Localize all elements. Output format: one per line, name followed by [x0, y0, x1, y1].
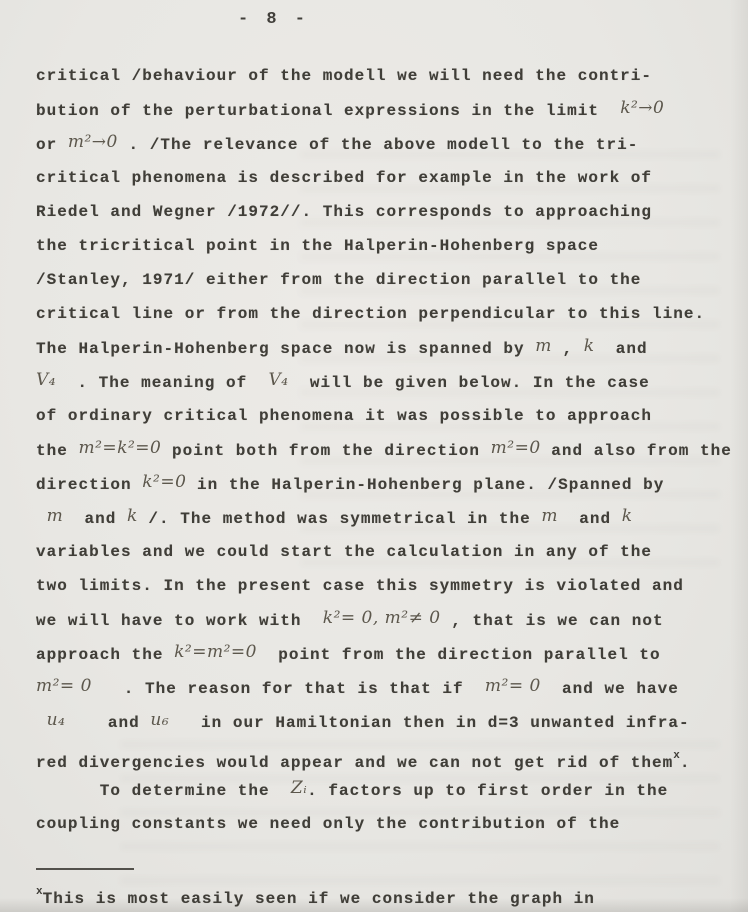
typed-text: critical phenomena is described for exam…	[36, 169, 652, 187]
typed-text: the	[36, 442, 79, 460]
handwritten-formula: m	[535, 336, 552, 356]
typed-text: and	[65, 714, 150, 732]
typed-text: point both from the direction	[161, 442, 490, 460]
handwritten-formula: k²→0	[620, 98, 664, 118]
typed-text: in the Halperin-Hohenberg plane. /Spanne…	[186, 476, 664, 494]
handwritten-formula: Zᵢ	[291, 778, 307, 798]
footnote-marker: x	[673, 750, 680, 762]
text-line: the tricritical point in the Halperin-Ho…	[36, 229, 734, 263]
typed-text: direction	[36, 476, 142, 494]
handwritten-formula: m²= 0	[485, 676, 541, 696]
typed-text: and also from the	[541, 442, 732, 460]
handwritten-formula: m²=k²=0	[79, 438, 162, 458]
text-line: approach the k²=m²=0 point from the dire…	[36, 637, 734, 671]
footnote-marker: x	[36, 886, 43, 898]
text-line: we will have to work with k²= 0, m²≠ 0 ,…	[36, 603, 734, 637]
handwritten-formula: m	[47, 506, 64, 526]
typed-text: The Halperin-Hohenberg space now is span…	[36, 340, 535, 358]
text-line: u₄ and u₆ in our Hamiltonian then in d=3…	[36, 705, 734, 739]
handwritten-formula: u₆	[150, 710, 169, 730]
text-line: two limits. In the present case this sym…	[36, 569, 734, 603]
text-line: red divergencies would appear and we can…	[36, 739, 734, 773]
text-line: Riedel and Wegner /1972//. This correspo…	[36, 195, 734, 229]
text-line: of ordinary critical phenomena it was po…	[36, 399, 734, 433]
typed-text: Riedel and Wegner /1972//. This correspo…	[36, 203, 652, 221]
handwritten-formula: k	[127, 506, 138, 526]
handwritten-formula: k²=0	[142, 472, 186, 492]
body-text: critical /behaviour of the modell we wil…	[36, 59, 734, 841]
footnote-text: xThis is most easily seen if we consider…	[36, 877, 595, 907]
typed-text: of ordinary critical phenomena it was po…	[36, 407, 652, 425]
typed-text: /Stanley, 1971/ either from the directio…	[36, 271, 641, 289]
text-line: critical /behaviour of the modell we wil…	[36, 59, 734, 93]
typed-text: and	[595, 340, 648, 358]
page-number: - 8 -	[238, 10, 309, 29]
typed-text: bution of the perturbational expressions…	[36, 102, 620, 120]
text-line: coupling constants we need only the cont…	[36, 807, 734, 841]
text-line: critical line or from the direction perp…	[36, 297, 734, 331]
typed-text: and	[558, 510, 622, 528]
typed-text: will be given below. In the case	[289, 374, 650, 392]
typed-text: critical line or from the direction perp…	[36, 305, 705, 323]
typed-text: To determine the	[36, 782, 291, 800]
typed-text: , that is we can not	[441, 612, 664, 630]
footnote-divider	[36, 868, 134, 870]
handwritten-formula: k²=m²=0	[174, 642, 257, 662]
handwritten-formula: V₄	[36, 370, 56, 390]
handwritten-formula: m²=0	[491, 438, 541, 458]
text-line: variables and we could start the calcula…	[36, 535, 734, 569]
text-line: bution of the perturbational expressions…	[36, 93, 734, 127]
typed-text	[36, 510, 47, 528]
text-line: V₄ . The meaning of V₄ will be given bel…	[36, 365, 734, 399]
handwritten-formula: k	[584, 336, 595, 356]
typed-text: red divergencies would appear and we can…	[36, 754, 673, 772]
text-line: To determine the Zᵢ. factors up to first…	[36, 773, 734, 807]
typed-text: approach the	[36, 646, 174, 664]
typed-text: . The reason for that is that if	[92, 680, 485, 698]
typed-text: in our Hamiltonian then in d=3 unwanted …	[169, 714, 689, 732]
handwritten-formula: u₄	[47, 710, 66, 730]
handwritten-formula: V₄	[269, 370, 289, 390]
typed-text: . /The relevance of the above modell to …	[118, 136, 638, 154]
typed-text: and we have	[541, 680, 679, 698]
text-line: the m²=k²=0 point both from the directio…	[36, 433, 734, 467]
typed-text: critical /behaviour of the modell we wil…	[36, 67, 652, 85]
handwritten-formula: k	[622, 506, 633, 526]
text-line: The Halperin-Hohenberg space now is span…	[36, 331, 734, 365]
typed-text: the tricritical point in the Halperin-Ho…	[36, 237, 599, 255]
text-line: m and k /. The method was symmetrical in…	[36, 501, 734, 535]
typed-text: or	[36, 136, 68, 154]
typed-text: coupling constants we need only the cont…	[36, 815, 620, 833]
typed-text	[36, 714, 47, 732]
text-line: direction k²=0 in the Halperin-Hohenberg…	[36, 467, 734, 501]
typed-text: This is most easily seen if we consider …	[43, 890, 595, 908]
text-line: critical phenomena is described for exam…	[36, 161, 734, 195]
handwritten-formula: k²= 0, m²≠ 0	[323, 608, 441, 628]
handwritten-formula: m²= 0	[36, 676, 92, 696]
typed-text: . The meaning of	[56, 374, 268, 392]
typed-text: point from the direction parallel to	[257, 646, 661, 664]
typed-text: .	[680, 754, 691, 772]
typed-text: ,	[552, 340, 584, 358]
text-line: or m²→0 . /The relevance of the above mo…	[36, 127, 734, 161]
handwritten-formula: m²→0	[68, 132, 118, 152]
handwritten-formula: m	[541, 506, 558, 526]
text-line: /Stanley, 1971/ either from the directio…	[36, 263, 734, 297]
typed-text: two limits. In the present case this sym…	[36, 577, 684, 595]
typed-text: and	[63, 510, 127, 528]
scanned-page: - 8 - critical /behaviour of the modell …	[0, 0, 748, 912]
typed-text: . factors up to first order in the	[307, 782, 668, 800]
text-line: m²= 0 . The reason for that is that if m…	[36, 671, 734, 705]
typed-text: variables and we could start the calcula…	[36, 543, 652, 561]
typed-text: /. The method was symmetrical in the	[138, 510, 542, 528]
typed-text: we will have to work with	[36, 612, 323, 630]
